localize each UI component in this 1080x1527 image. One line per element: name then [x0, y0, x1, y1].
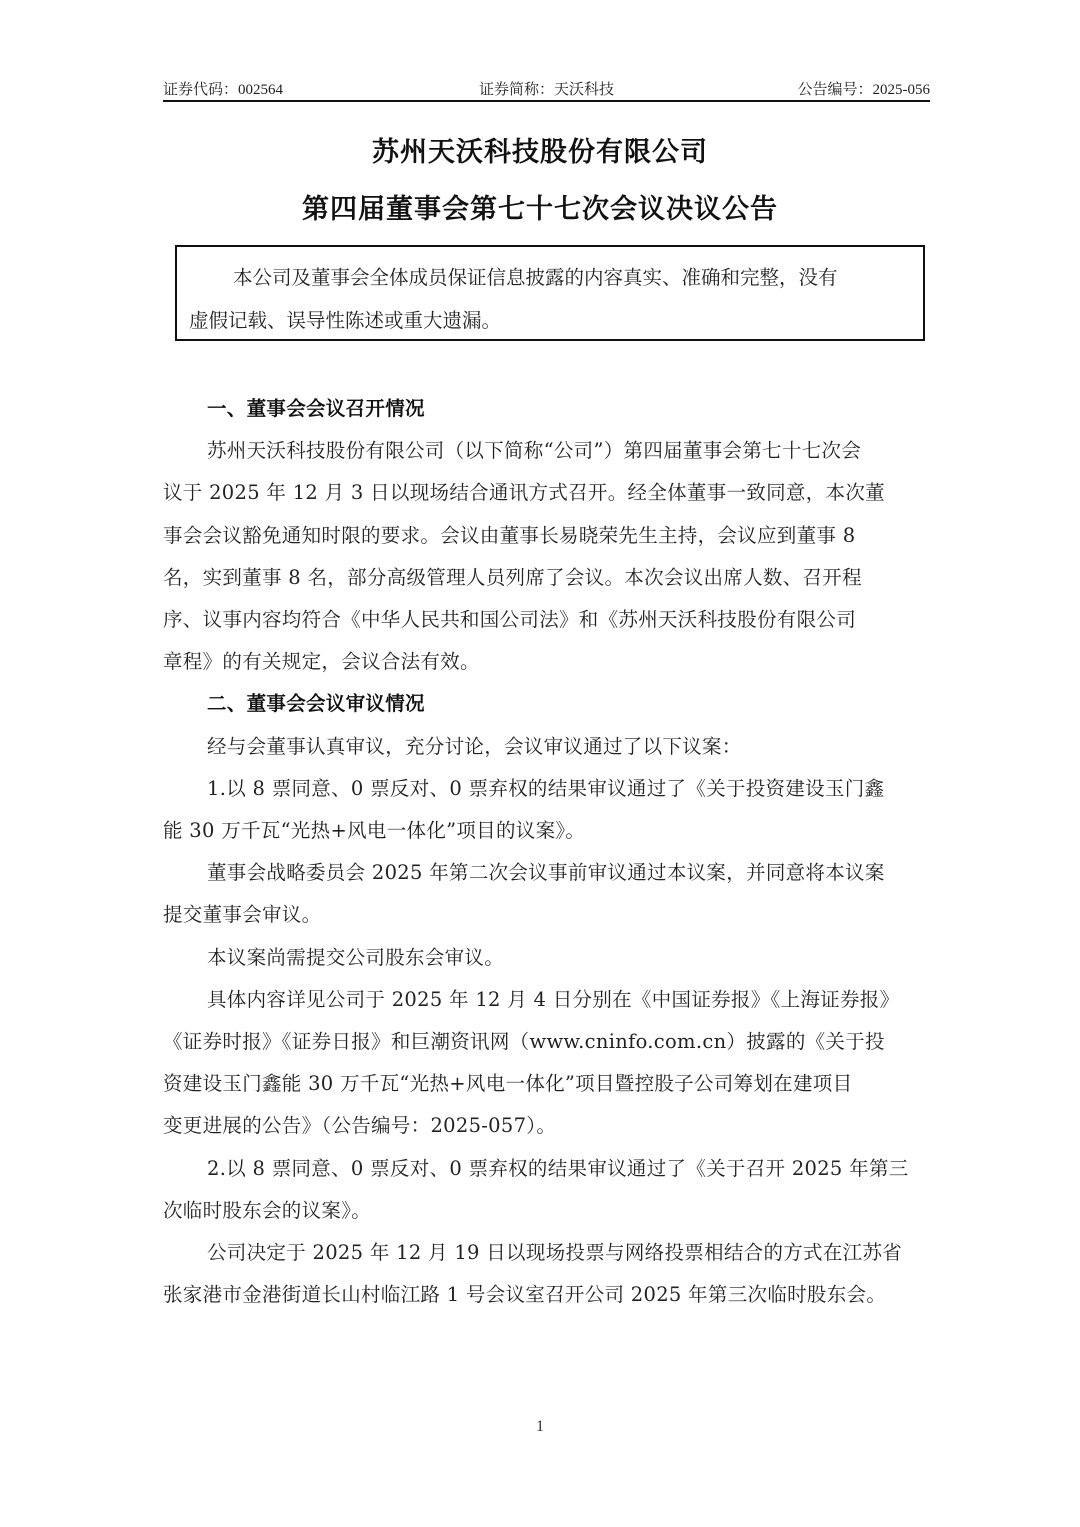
section-heading: 二、董事会会议审议情况 [207, 688, 425, 716]
page-number: 1 [0, 1418, 1080, 1436]
document-title: 第四届董事会第七十七次会议决议公告 [0, 187, 1080, 226]
page-header: 证券代码：002564 证券简称：天沃科技 公告编号：2025-056 [163, 74, 930, 100]
body-line: 变更进展的公告》（公告编号：2025-057）。 [163, 1110, 556, 1138]
body-line: 次临时股东会的议案》。 [163, 1195, 371, 1223]
notice-line-1: 本公司及董事会全体成员保证信息披露的内容真实、准确和完整，没有 [233, 262, 838, 290]
notice-line-2: 虚假记载、误导性陈述或重大遗漏。 [189, 305, 501, 333]
disclosure-notice-box: 本公司及董事会全体成员保证信息披露的内容真实、准确和完整，没有 虚假记载、误导性… [175, 245, 925, 341]
body-line: 公司决定于 2025 年 12 月 19 日以现场投票与网络投票相结合的方式在江… [207, 1237, 902, 1265]
body-line: 议于 2025 年 12 月 3 日以现场结合通讯方式召开。经全体董事一致同意，… [163, 477, 885, 505]
body-line: 2.以 8 票同意、0 票反对、0 票弃权的结果审议通过了《关于召开 2025 … [207, 1153, 909, 1181]
body-line: 名，实到董事 8 名，部分高级管理人员列席了会议。本次会议出席人数、召开程 [163, 562, 862, 590]
body-line: 董事会战略委员会 2025 年第二次会议事前审议通过本议案，并同意将本议案 [207, 857, 885, 885]
section-heading: 一、董事会会议召开情况 [207, 393, 425, 421]
body-line: 资建设玉门鑫能 30 万千瓦“光热+风电一体化”项目暨控股子公司筹划在建项目 [163, 1068, 852, 1096]
header-divider [163, 100, 930, 102]
announcement-number: 公告编号：2025-056 [798, 78, 931, 99]
body-line: 张家港市金港街道长山村临江路 1 号会议室召开公司 2025 年第三次临时股东会… [163, 1279, 886, 1307]
body-line: 能 30 万千瓦“光热+风电一体化”项目的议案》。 [163, 815, 585, 843]
body-line: 事会会议豁免通知时限的要求。会议由董事长易晓荣先生主持，会议应到董事 8 [163, 520, 855, 548]
body-line: 《证券时报》《证券日报》和巨潮资讯网（www.cninfo.com.cn）披露的… [163, 1026, 885, 1054]
body-line: 章程》的有关规定，会议合法有效。 [163, 646, 480, 674]
body-line: 序、议事内容均符合《中华人民共和国公司法》和《苏州天沃科技股份有限公司 [163, 604, 856, 632]
body-line: 具体内容详见公司于 2025 年 12 月 4 日分别在《中国证券报》《上海证券… [207, 984, 899, 1012]
body-line: 提交董事会审议。 [163, 899, 321, 927]
body-line: 本议案尚需提交公司股东会审议。 [207, 942, 504, 970]
body-line: 苏州天沃科技股份有限公司（以下简称“公司”）第四届董事会第七十七次会 [207, 435, 861, 463]
body-line: 1.以 8 票同意、0 票反对、0 票弃权的结果审议通过了《关于投资建设玉门鑫 [207, 773, 884, 801]
body-line: 经与会董事认真审议，充分讨论，会议审议通过了以下议案： [207, 731, 742, 759]
company-title: 苏州天沃科技股份有限公司 [0, 130, 1080, 169]
